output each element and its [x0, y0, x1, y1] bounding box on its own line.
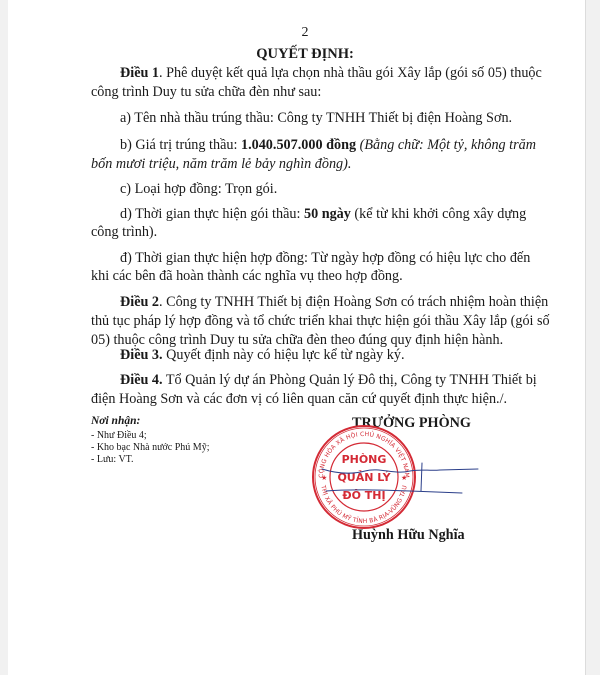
recipient-item: - Như Điều 4;	[91, 430, 147, 442]
article-1-item-c: c) Loại hợp đồng: Trọn gói.	[120, 180, 277, 198]
article-1-line-1: Điều 1. Phê duyệt kết quả lựa chọn nhà t…	[120, 64, 530, 82]
handwritten-signature	[320, 455, 480, 505]
signer-name: Huỳnh Hữu Nghĩa	[352, 526, 465, 544]
recipient-item: - Kho bạc Nhà nước Phú Mỹ;	[91, 442, 209, 454]
article-2-line-1: Điều 2. Công ty TNHH Thiết bị điện Hoàng…	[120, 293, 548, 311]
article-1-item-dd-line-2: khi các bên đã hoàn thành các nghĩa vụ t…	[91, 267, 403, 285]
article-4-line-2: điện Hoàng Sơn và các đơn vị có liên qua…	[91, 390, 507, 408]
article-3-label: Điều 3.	[120, 347, 163, 363]
page-number: 2	[0, 24, 600, 42]
contract-value: 1.040.507.000 đồng	[241, 137, 356, 153]
article-1-item-dd-line-1: đ) Thời gian thực hiện hợp đồng: Từ ngày…	[120, 249, 530, 267]
scrollbar-track[interactable]	[586, 0, 600, 675]
recipients-title: Nơi nhận:	[91, 415, 140, 428]
article-2-label: Điều 2	[120, 294, 159, 310]
article-2-line-2: thủ tục pháp lý hợp đồng và tổ chức triể…	[91, 312, 550, 330]
article-4-line-1: Điều 4. Tổ Quản lý dự án Phòng Quản lý Đ…	[120, 371, 537, 389]
article-1-line-2: công trình Duy tu sửa chữa đèn như sau:	[91, 83, 321, 101]
article-1-item-d-line-2: công trình).	[91, 223, 157, 241]
article-1-item-d-line-1: d) Thời gian thực hiện gói thầu: 50 ngày…	[120, 205, 526, 223]
article-1-item-b-line-1: b) Giá trị trúng thầu: 1.040.507.000 đồn…	[120, 136, 536, 154]
article-4-label: Điều 4.	[120, 372, 163, 388]
article-1-item-b-line-2: bốn mươi triệu, năm trăm lẻ bảy nghìn đồ…	[91, 155, 351, 173]
article-1-label: Điều 1	[120, 65, 159, 81]
document-title: QUYẾT ĐỊNH:	[0, 45, 600, 63]
recipient-item: - Lưu: VT.	[91, 454, 134, 466]
article-3: Điều 3. Quyết định này có hiệu lực kể từ…	[120, 346, 405, 364]
duration-value: 50 ngày	[304, 206, 351, 222]
article-1-item-a: a) Tên nhà thầu trúng thầu: Công ty TNHH…	[120, 109, 512, 127]
